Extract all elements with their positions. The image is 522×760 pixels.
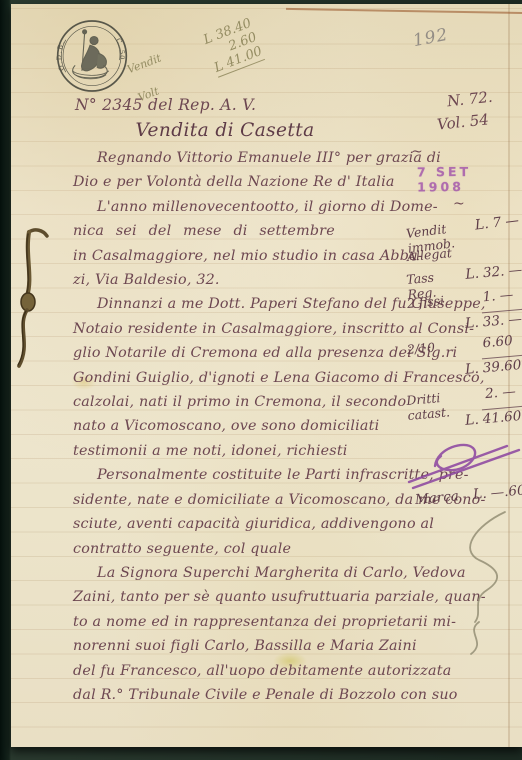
- body-line: Dinnanzi a me Dott. Paperi Stefano del f…: [73, 292, 405, 316]
- body-line: Dio e per Volontà della Nazione Re d' It…: [73, 170, 405, 194]
- ledger-amount: 41.60: [482, 405, 522, 427]
- body-line: Gondini Guiglio, d'ignoti e Lena Giacomo…: [73, 366, 405, 390]
- ledger-amount: —.60: [490, 481, 522, 501]
- lira-symbol: L.: [465, 265, 484, 282]
- volume-number: Vol. 54: [436, 110, 490, 133]
- body-line: Zaini, tanto per sè quanto usufruttuaria…: [73, 585, 405, 609]
- ditto-mark: ~: [453, 196, 465, 212]
- top-fold-line: [286, 8, 522, 14]
- ledger-label: 2 fissi: [406, 293, 444, 311]
- lira-symbol: L.: [474, 215, 494, 233]
- body-line: del fu Francesco, all'uopo debitamente a…: [73, 659, 405, 683]
- ledger-label: Allegat: [406, 245, 452, 264]
- body-line: sciute, aventi capacità giuridica, addiv…: [73, 512, 405, 536]
- revenue-stamp: O.D.B. C. 50.: [55, 18, 129, 94]
- body-line: L'anno millenovecentootto, il giorno di …: [73, 195, 405, 219]
- deed-number: N. 72.: [446, 88, 493, 111]
- body-line: contratto seguente, col quale: [73, 537, 405, 561]
- ditto-mark: ~: [411, 144, 423, 160]
- scanned-notarial-deed: O.D.B. C. 50. Vendi: [0, 0, 522, 760]
- body-line: sidente, nate e domiciliate a Vicomoscan…: [73, 488, 405, 512]
- ledger-amount: 33. —: [482, 308, 522, 330]
- lira-symbol: L.: [464, 411, 483, 428]
- italia-seated-figure-icon: O.D.B. C. 50.: [55, 18, 129, 94]
- body-line: dal R.° Tribunale Civile e Penale di Boz…: [73, 683, 405, 707]
- paper-sheet: O.D.B. C. 50. Vendi: [11, 4, 522, 747]
- lira-symbol: L.: [464, 314, 483, 331]
- folio-number: 192: [411, 25, 450, 51]
- body-line: in Casalmaggiore, nel mio studio in casa…: [73, 244, 405, 268]
- registration-date-stamp: 7 SET 1908: [417, 164, 522, 195]
- ledger-amount: 7 —: [492, 211, 522, 231]
- body-line: norenni suoi figli Carlo, Bassilla e Mar…: [73, 634, 405, 658]
- ledger-amount: 39.60: [482, 354, 522, 376]
- body-line: nato a Vicomoscano, ove sono domiciliati: [73, 414, 405, 438]
- ledger-amount: 6.60: [482, 331, 522, 351]
- body-line: calzolai, nati il primo in Cremona, il s…: [73, 390, 405, 414]
- body-line: zi, Via Baldesio, 32.: [73, 268, 405, 292]
- ledger-amount: 1. —: [482, 285, 522, 305]
- body-line: Regnando Vittorio Emanuele III° per graz…: [73, 146, 405, 170]
- body-line: glio Notarile di Cremona ed alla presenz…: [73, 341, 405, 365]
- binding-thread: [5, 226, 55, 375]
- pencil-computation: Vendit L 38.40 2.60 Volt L 41.00: [125, 16, 265, 107]
- body-line: Notaio residente in Casalmaggiore, inscr…: [73, 317, 405, 341]
- pencil-signature-flourish: [435, 504, 522, 663]
- ledger-amount: 32. —: [482, 261, 522, 281]
- lira-symbol: L.: [472, 485, 491, 502]
- svg-text:O.D.B.: O.D.B.: [55, 38, 67, 71]
- lira-symbol: L.: [464, 360, 483, 377]
- body-line: nica sei del mese di settembre: [73, 219, 405, 243]
- ledger-amount: 2. —: [484, 382, 522, 402]
- deed-title: Vendita di Casetta: [75, 120, 375, 141]
- body-line: Personalmente costituite le Parti infras…: [73, 463, 405, 487]
- deed-body: Regnando Vittorio Emanuele III° per graz…: [73, 146, 405, 707]
- body-line: testimonii a me noti, idonei, richiesti: [73, 439, 405, 463]
- repertory-number: N° 2345 del Rep. A. V.: [75, 96, 256, 114]
- body-line: to a nome ed in rappresentanza dei propr…: [73, 610, 405, 634]
- body-line: La Signora Superchi Margherita di Carlo,…: [73, 561, 405, 585]
- ledger-label: 2/10: [406, 340, 435, 357]
